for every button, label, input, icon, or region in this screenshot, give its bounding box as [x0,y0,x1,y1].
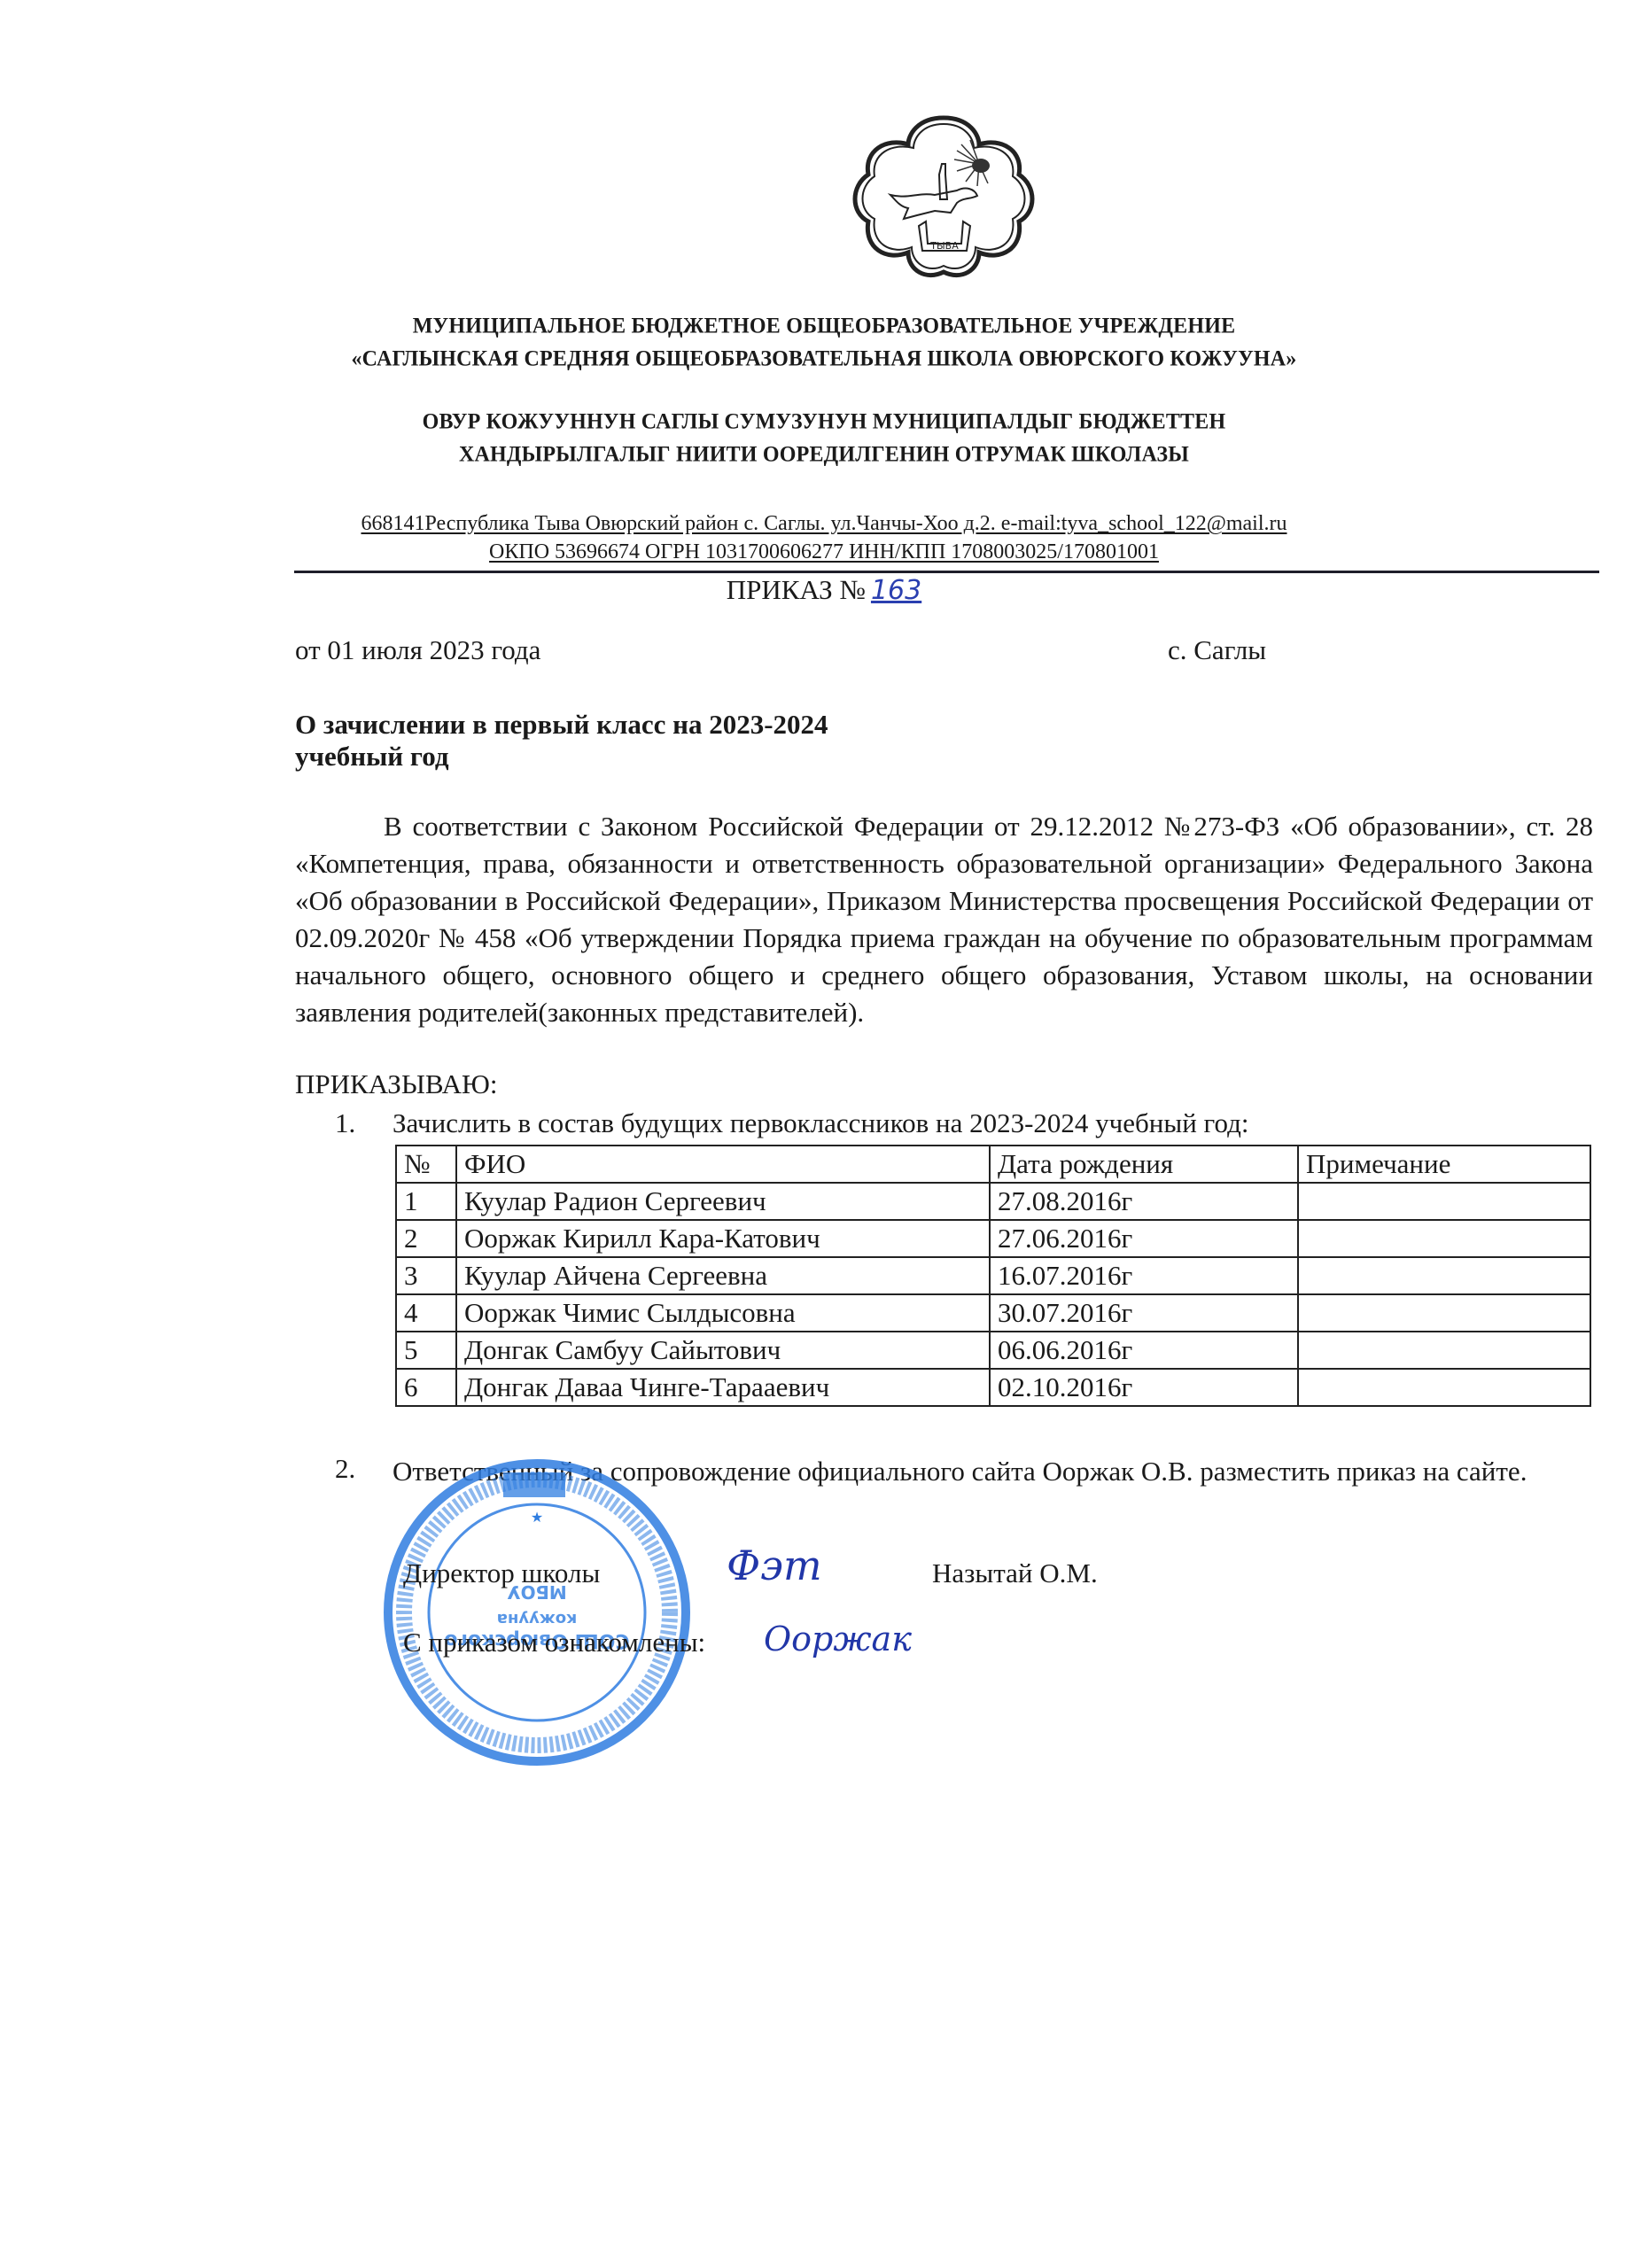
table-row: 4 Ооржак Чимис Сылдысовна 30.07.2016г [396,1294,1590,1332]
requisites-line: ОКПО 53696674 ОГРН 1031700606277 ИНН/КПП… [0,540,1648,564]
address-line: 668141Республика Тыва Овюрский район с. … [0,512,1648,536]
table-header-row: № ФИО Дата рождения Примечание [396,1146,1590,1183]
cell-note [1298,1294,1590,1332]
official-seal-stamp-icon: ★ кожууна СОШ Овюрского МБОУ [370,1453,707,1772]
cell-birthdate: 27.06.2016г [990,1220,1298,1257]
cell-number: 2 [396,1220,456,1257]
col-header-note: Примечание [1298,1146,1590,1183]
table-row: 6 Донгак Даваа Чинге-Тарааевич 02.10.201… [396,1369,1590,1406]
order-subject-line1: О зачислении в первый класс на 2023-2024 [295,709,828,741]
cell-name: Куулар Радион Сергеевич [456,1183,990,1220]
cell-number: 6 [396,1369,456,1406]
cell-number: 5 [396,1332,456,1369]
cell-name: Ооржак Чимис Сылдысовна [456,1294,990,1332]
item1-number: 1. [335,1107,355,1139]
address-text: 668141Республика Тыва Овюрский район с. … [361,512,1287,535]
acknowledged-label: С приказом ознакомлены: [403,1627,705,1658]
director-label: Директор школы [403,1557,600,1589]
svg-text:★: ★ [531,1511,543,1526]
cell-birthdate: 30.07.2016г [990,1294,1298,1332]
svg-text:кожууна: кожууна [497,1610,578,1628]
cell-note [1298,1257,1590,1294]
item2-number: 2. [335,1453,355,1485]
enrollment-table: № ФИО Дата рождения Примечание 1 Куулар … [395,1145,1591,1407]
item1-text: Зачислить в состав будущих первоклассник… [393,1107,1248,1139]
director-name: Назытай О.М. [932,1557,1098,1589]
cell-birthdate: 27.08.2016г [990,1183,1298,1220]
order-title: ПРИКАЗ №163 [0,574,1648,606]
cell-note [1298,1369,1590,1406]
svg-text:ТЫВА: ТЫВА [929,240,959,252]
table-row: 5 Донгак Самбуу Сайытович 06.06.2016г [396,1332,1590,1369]
table-row: 3 Куулар Айчена Сергеевна 16.07.2016г [396,1257,1590,1294]
header-tyv-line2: ХАНДЫРЫЛГАЛЫГ НИИТИ ООРЕДИЛГЕНИН ОТРУМАК… [0,442,1648,467]
order-subject-line2: учебный год [295,741,449,773]
acknowledged-signature: Ооржак [764,1619,912,1658]
col-header-name: ФИО [456,1146,990,1183]
directive-label: ПРИКАЗЫВАЮ: [295,1068,497,1100]
cell-name: Донгак Самбуу Сайытович [456,1332,990,1369]
header-divider [294,571,1599,573]
cell-number: 3 [396,1257,456,1294]
table-row: 1 Куулар Радион Сергеевич 27.08.2016г [396,1183,1590,1220]
cell-birthdate: 02.10.2016г [990,1369,1298,1406]
cell-number: 1 [396,1183,456,1220]
cell-note [1298,1183,1590,1220]
cell-birthdate: 06.06.2016г [990,1332,1298,1369]
header-ru-line1: МУНИЦИПАЛЬНОЕ БЮДЖЕТНОЕ ОБЩЕОБРАЗОВАТЕЛЬ… [0,314,1648,338]
cell-note [1298,1220,1590,1257]
cell-name: Донгак Даваа Чинге-Тарааевич [456,1369,990,1406]
header-tyv-line1: ОВУР КОЖУУННУН САГЛЫ СУМУЗУНУН МУНИЦИПАЛ… [0,409,1648,434]
order-place: с. Саглы [1168,634,1266,666]
cell-note [1298,1332,1590,1369]
cell-number: 4 [396,1294,456,1332]
order-number: 163 [871,575,921,606]
table-row: 2 Ооржак Кирилл Кара-Катович 27.06.2016г [396,1220,1590,1257]
cell-name: Ооржак Кирилл Кара-Катович [456,1220,990,1257]
requisites-text: ОКПО 53696674 ОГРН 1031700606277 ИНН/КПП… [489,540,1159,563]
preamble-paragraph: В соответствии с Законом Российской Феде… [295,808,1593,1031]
director-signature: Фэт [727,1542,822,1589]
cell-birthdate: 16.07.2016г [990,1257,1298,1294]
tyva-emblem-icon: ТЫВА [846,111,1041,283]
col-header-birthdate: Дата рождения [990,1146,1298,1183]
header-ru-line2: «САГЛЫНСКАЯ СРЕДНЯЯ ОБЩЕОБРАЗОВАТЕЛЬНАЯ … [0,346,1648,371]
preamble-text: В соответствии с Законом Российской Феде… [295,811,1593,1028]
cell-name: Куулар Айчена Сергеевна [456,1257,990,1294]
order-date: от 01 июля 2023 года [295,634,540,666]
col-header-number: № [396,1146,456,1183]
order-title-label: ПРИКАЗ № [727,574,866,605]
